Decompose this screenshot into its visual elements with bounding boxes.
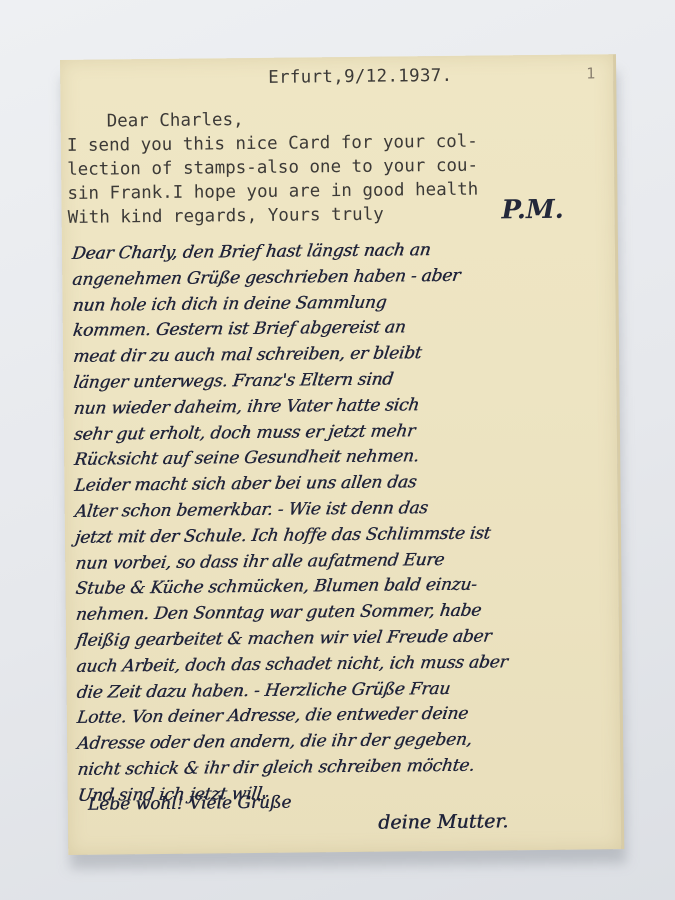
typed-regards: With kind regards, Yours truly	[68, 202, 479, 230]
page-mark: 1	[586, 66, 596, 81]
handwritten-closing: Lebe wohl! Viele Grüße	[88, 793, 292, 815]
handwritten-initials: P.M.	[501, 195, 563, 226]
closing-text: Lebe wohl! Viele Grüße	[88, 793, 292, 815]
handwritten-signature: deine Mutter.	[378, 810, 508, 833]
typed-regards-text: With kind regards,	[68, 206, 258, 228]
handwritten-message: Dear Charly, den Brief hast längst nach …	[72, 236, 618, 809]
typed-message: Dear Charles, I send you this nice Card …	[67, 106, 479, 230]
typed-line: sin Frank.I hope you are in good health	[67, 178, 478, 206]
dateline: Erfurt,9/12.1937.	[268, 68, 452, 87]
postcard: Erfurt,9/12.1937. 1 Dear Charles, I send…	[60, 54, 624, 855]
typed-closing: Yours truly	[268, 205, 384, 226]
